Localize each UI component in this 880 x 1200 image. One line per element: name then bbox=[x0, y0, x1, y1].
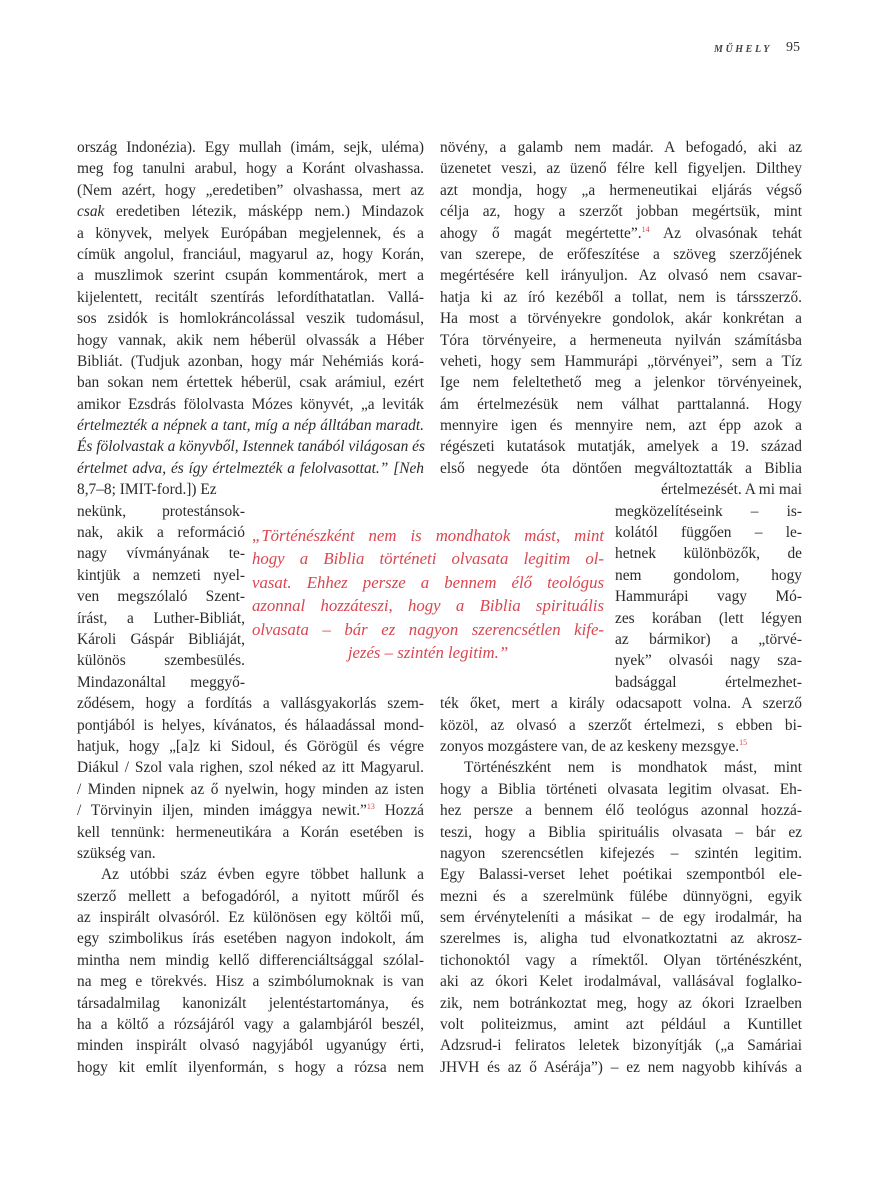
text-line: (Nem azért, hogy „eredetiben” olvashassa… bbox=[77, 180, 424, 201]
text-line: kijelentett, recitált szentírás lefordít… bbox=[77, 287, 424, 308]
text-line: sem érvényteleníti a másikat – de egy ir… bbox=[440, 907, 802, 928]
text-line: Mindazonáltal meggyő- bbox=[77, 672, 245, 693]
left-paragraph-2: Az utóbbi száz évben egyre többet hallun… bbox=[77, 864, 424, 1078]
text-line: nem gondolom, hogy bbox=[615, 565, 802, 586]
text-line: meg fog tanulni arabul, hogy a Koránt ol… bbox=[77, 158, 424, 179]
text-line: volt politeizmus, amint azt például a Ku… bbox=[440, 1014, 802, 1035]
text-line: megértésére kell irányuljon. Az olvasó n… bbox=[440, 265, 802, 286]
text-line: ahogy ő magát megértette”.14 Az olvasóna… bbox=[440, 223, 802, 244]
text-line: Bibliát. (Tudjuk azonban, hogy már Nehém… bbox=[77, 351, 424, 372]
text-line: csak eredetiben létezik, másképp nem.) M… bbox=[77, 201, 424, 222]
footnote-marker-15[interactable]: 15 bbox=[739, 738, 747, 747]
text-line: egy szimbolikus írás esetében nagyon ind… bbox=[77, 928, 424, 949]
text-line: azt mondja, hogy „a hermeneutikai eljárá… bbox=[440, 180, 802, 201]
text-line: Az utóbbi száz évben egyre többet hallun… bbox=[77, 864, 424, 885]
text-line: nyek” olvasói nagy sza- bbox=[615, 650, 802, 671]
text-line: Diákul / Szol vala righen, szol néked az… bbox=[77, 757, 424, 778]
left-paragraph-1-top: ország Indonézia). Egy mullah (imám, sej… bbox=[77, 137, 424, 501]
text-line: / Törvinyin iljen, minden imággya newit.… bbox=[77, 800, 424, 821]
right-paragraph-1-top: növény, a galamb nem madár. A befogadó, … bbox=[440, 137, 802, 501]
text-line: veheti, hogy sem Hammurápi „törvényei”, … bbox=[440, 351, 802, 372]
text-line: amikor Ezsdrás fölolvasta Mózes könyvét,… bbox=[77, 394, 424, 415]
text-line: ban sokan nem értettek héberül, csak ará… bbox=[77, 372, 424, 393]
text-line: zik, nem botránkoztat meg, hogy az ókori… bbox=[440, 993, 802, 1014]
text-line: sos zsidók is homlokráncolással veszik t… bbox=[77, 308, 424, 329]
text-line: társadalmilag kanonizált jelentéstartomá… bbox=[77, 993, 424, 1014]
text-line: 8,7–8; IMIT-ford.]) Ez bbox=[77, 479, 242, 500]
text-line: ám értelmezésük nem válhat parttalanná. … bbox=[440, 394, 802, 415]
right-paragraph-1-bottom: ték őket, mert a király odacsapott volna… bbox=[440, 693, 802, 757]
text-line: ven megszólaló Szent- bbox=[77, 586, 245, 607]
text-line: aki az ókori Kelet irodalmával, vallásáv… bbox=[440, 971, 802, 992]
text-line: mennyire igen és mennyire nem, azt épp a… bbox=[440, 415, 802, 436]
text-line: mintha nem mindig kellő differenciáltság… bbox=[77, 950, 424, 971]
text-line: Károli Gáspár Bibliáját, bbox=[77, 629, 245, 650]
text-line: na meg e törekvés. Hisz a szimbólumoknak… bbox=[77, 971, 424, 992]
footnote-marker-14[interactable]: 14 bbox=[642, 224, 650, 233]
left-narrow-block: nekünk, protestánsok- nak, akik a reform… bbox=[77, 501, 245, 694]
text-line: badsággal értelmezhet- bbox=[615, 672, 802, 693]
quote-line-italic: És fölolvastak a könyvből, Istennek taná… bbox=[77, 436, 424, 457]
text-line: szerelmes is, aligha tud elvonatkoztatni… bbox=[440, 928, 802, 949]
text-line: nagyon szerencsétlen kifejezés – szintén… bbox=[440, 843, 802, 864]
text-line: hatjuk, hogy „[a]z ki Sidoul, és Görögül… bbox=[77, 736, 424, 757]
pull-quote-line: olvasata – bár ez nagyon szerencsétlen k… bbox=[252, 618, 604, 641]
text-line: pontjából is helyes, kívánatos, és hálaa… bbox=[77, 715, 424, 736]
text-line: címük angolul, franciául, magyarul az, h… bbox=[77, 244, 424, 265]
text-line: első negyede óta döntően megváltoztatták… bbox=[440, 458, 802, 479]
quote-line-italic: értelmet adva, és így értelmezték a felo… bbox=[77, 458, 424, 479]
text-line: kell tennünk: hermeneutikára a Korán ese… bbox=[77, 822, 424, 843]
footnote-marker-13[interactable]: 13 bbox=[367, 802, 375, 811]
text-line: zes korában (lett légyen bbox=[615, 608, 802, 629]
left-paragraph-1-bottom: ződésem, hogy a fordítás a vallásgyakorl… bbox=[77, 693, 424, 864]
text-line: hatja ki az író kezéből a tollat, nem is… bbox=[440, 287, 802, 308]
text-line: üzenetet veszi, az üzenő félre kell figy… bbox=[440, 158, 802, 179]
text-line: hetnek különbözők, de bbox=[615, 543, 802, 564]
text-line: ződésem, hogy a fordítás a vallásgyakorl… bbox=[77, 693, 424, 714]
pull-quote-line: azonnal hozzáteszi, hogy a Biblia spirit… bbox=[252, 594, 604, 617]
text-line: Tóra törvényeire, a hermeneuta nyilván s… bbox=[440, 330, 802, 351]
text-line: írást, a Luther-Bibliát, bbox=[77, 608, 245, 629]
page-number: 95 bbox=[786, 40, 800, 56]
text-line: JHVH és az ő Asérája”) – ez nem nagyobb … bbox=[440, 1057, 802, 1078]
text-line: nak, akik a reformáció bbox=[77, 522, 245, 543]
text-line: nagy vívmányának te- bbox=[77, 543, 245, 564]
text-line: értelmezését. A mi mai bbox=[440, 479, 802, 500]
pull-quote: „Történészként nem is mondhatok mást, mi… bbox=[252, 524, 604, 664]
text-line: régészeti kutatások mutatják, amelyek a … bbox=[440, 436, 802, 457]
text-line: zonyos mozgástere van, de az keskeny mez… bbox=[440, 736, 802, 757]
text-line: megközelítéseink – is- bbox=[615, 501, 802, 522]
text-line: minden inspirált olvasó nagyjából ugyanú… bbox=[77, 1035, 424, 1056]
text-line: hogy kit említ ilyenformán, s hogy a róz… bbox=[77, 1057, 424, 1078]
text-line: növény, a galamb nem madár. A befogadó, … bbox=[440, 137, 802, 158]
pull-quote-line: „Történészként nem is mondhatok mást, mi… bbox=[252, 524, 604, 547]
text-line: ték őket, mert a király odacsapott volna… bbox=[440, 693, 802, 714]
text-line: teszi, hogy a Biblia spirituális olvasat… bbox=[440, 822, 802, 843]
text-line: van szerepe, de erőfeszítése a szöveg sz… bbox=[440, 244, 802, 265]
text-line: közöl, az olvasó a szerzőt értelmezi, s … bbox=[440, 715, 802, 736]
quote-line-italic: értelmezték a népnek a tant, míg a nép á… bbox=[77, 415, 424, 436]
text-line: az inspirált olvasóról. Ez különösen egy… bbox=[77, 907, 424, 928]
text-line: nekünk, protestánsok- bbox=[77, 501, 245, 522]
text-line: Ige nem feleltethető meg a jelenkor törv… bbox=[440, 372, 802, 393]
text-line: Történészként nem is mondhatok mást, min… bbox=[440, 757, 802, 778]
text-line: Egy Balassi-verset lehet poétikai szempo… bbox=[440, 864, 802, 885]
running-head-section: MŰHELY bbox=[714, 44, 772, 55]
text-line: hogy a Biblia történeti olvasata legitim… bbox=[440, 779, 802, 800]
text-line: mezni és a szerelmünk fülébe dünnyögni, … bbox=[440, 886, 802, 907]
text-line: / Minden nipnek az ő nyelwin, hogy minde… bbox=[77, 779, 424, 800]
text-line: az bármikor) a „törvé- bbox=[615, 629, 802, 650]
text-line: a muszlimok szerint csupán kommentárok, … bbox=[77, 265, 424, 286]
pull-quote-line: jezés – szintén legitim.” bbox=[252, 641, 604, 664]
text-line: hez persze a bennem élő teológus azonnal… bbox=[440, 800, 802, 821]
text-line: a könyvek, melyek Európában megjelennek,… bbox=[77, 223, 424, 244]
text-line: Adzsrud-i feliratos leletek bizonyítják … bbox=[440, 1035, 802, 1056]
text-line: szerző mellett a befogadóról, a nyitott … bbox=[77, 886, 424, 907]
right-narrow-block: megközelítéseink – is- kolától függően –… bbox=[615, 501, 802, 694]
text-line: különös szembesülés. bbox=[77, 650, 245, 671]
text-line: Ha most a törvényekre gondolok, akár kon… bbox=[440, 308, 802, 329]
pull-quote-line: hogy a Biblia történeti olvasata legitim… bbox=[252, 547, 604, 570]
text-line: ország Indonézia). Egy mullah (imám, sej… bbox=[77, 137, 424, 158]
right-paragraph-2: Történészként nem is mondhatok mást, min… bbox=[440, 757, 802, 1078]
text-line: ha a költő a rózsájáról vagy a galambjár… bbox=[77, 1014, 424, 1035]
text-line: kintjük a nemzeti nyel- bbox=[77, 565, 245, 586]
text-line: kolától függően – le- bbox=[615, 522, 802, 543]
text-line: hogy vannak, akik nem héberül olvassák a… bbox=[77, 330, 424, 351]
text-line: szükség van. bbox=[77, 843, 424, 864]
text-line: célja az, hogy a szerzőt jobban megértsü… bbox=[440, 201, 802, 222]
text-line: tichonoktól vagy a rímektől. Olyan törté… bbox=[440, 950, 802, 971]
pull-quote-line: vasat. Ehhez persze a bennem élő teológu… bbox=[252, 571, 604, 594]
text-line: Hammurápi vagy Mó- bbox=[615, 586, 802, 607]
